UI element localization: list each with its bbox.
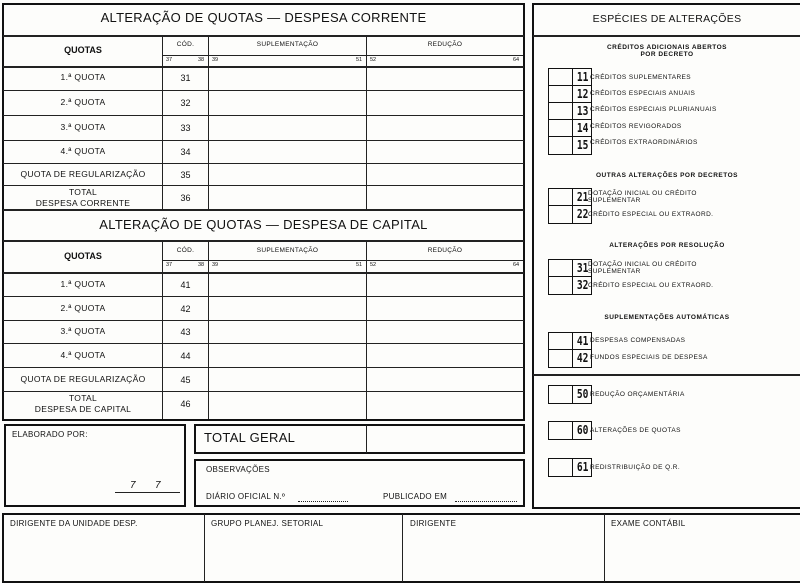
diario-oficial-label: DIÁRIO OFICIAL N.º <box>206 492 285 501</box>
corrente-col-sup: SUPLEMENTAÇÃO <box>209 41 366 48</box>
total-geral-label: TOTAL GERAL <box>204 430 295 445</box>
creditos-checkboxes: 11 12 13 14 15 <box>548 68 592 155</box>
checkbox-15[interactable]: 15 <box>549 137 591 154</box>
capital-col-quotas: QUOTAS <box>4 251 162 261</box>
checkbox-61-box: 61 <box>548 458 592 477</box>
especies-title: ESPÉCIES DE ALTERAÇÕES <box>534 13 800 25</box>
corrente-col-cod: CÓD. <box>163 41 208 48</box>
outras-checkboxes: 21 22 <box>548 188 592 224</box>
automaticas-checkboxes: 41 42 <box>548 332 592 368</box>
publicado-em-label: PUBLICADO EM <box>383 492 447 501</box>
resolucao-checkboxes: 31 32 <box>548 259 592 295</box>
capital-title: ALTERAÇÃO DE QUOTAS — DESPESA DE CAPITAL <box>4 217 523 232</box>
checkbox-60[interactable]: 60 <box>549 422 591 439</box>
signature-dirigente[interactable]: DIRIGENTE <box>404 515 603 581</box>
checkbox-13[interactable]: 13 <box>549 103 591 120</box>
checkbox-22[interactable]: 22 <box>549 206 591 223</box>
signature-dirigente-unidade[interactable]: DIRIGENTE DA UNIDADE DESP. <box>4 515 203 581</box>
checkbox-60-box: 60 <box>548 421 592 440</box>
checkbox-50[interactable]: 50 <box>549 386 591 403</box>
signature-grupo-planej[interactable]: GRUPO PLANEJ. SETORIAL <box>206 515 401 581</box>
capital-col-sup: SUPLEMENTAÇÃO <box>209 247 366 254</box>
checkbox-42[interactable]: 42 <box>549 350 591 367</box>
capital-col-red: REDUÇÃO <box>367 247 523 254</box>
observacoes-label: OBSERVAÇÕES <box>206 465 270 474</box>
checkbox-50-box: 50 <box>548 385 592 404</box>
corrente-col-red: REDUÇÃO <box>367 41 523 48</box>
checkbox-12[interactable]: 12 <box>549 86 591 103</box>
corrente-col-quotas: QUOTAS <box>4 45 162 55</box>
checkbox-32[interactable]: 32 <box>549 277 591 294</box>
checkbox-61[interactable]: 61 <box>549 459 591 476</box>
corrente-title: ALTERAÇÃO DE QUOTAS — DESPESA CORRENTE <box>4 10 523 25</box>
elaborado-label: ELABORADO POR: <box>12 430 88 439</box>
checkbox-14[interactable]: 14 <box>549 120 591 137</box>
diario-oficial-field[interactable] <box>298 492 348 502</box>
elaborado-date-field[interactable]: 7 7 <box>115 483 180 493</box>
capital-col-cod: CÓD. <box>163 247 208 254</box>
checkbox-31[interactable]: 31 <box>549 260 591 277</box>
checkbox-21[interactable]: 21 <box>549 189 591 206</box>
signature-exame-contabil[interactable]: EXAME CONTÁBIL <box>606 515 800 581</box>
publicado-em-field[interactable] <box>455 492 517 502</box>
checkbox-11[interactable]: 11 <box>549 69 591 86</box>
checkbox-41[interactable]: 41 <box>549 333 591 350</box>
total-geral-value[interactable] <box>368 426 523 452</box>
